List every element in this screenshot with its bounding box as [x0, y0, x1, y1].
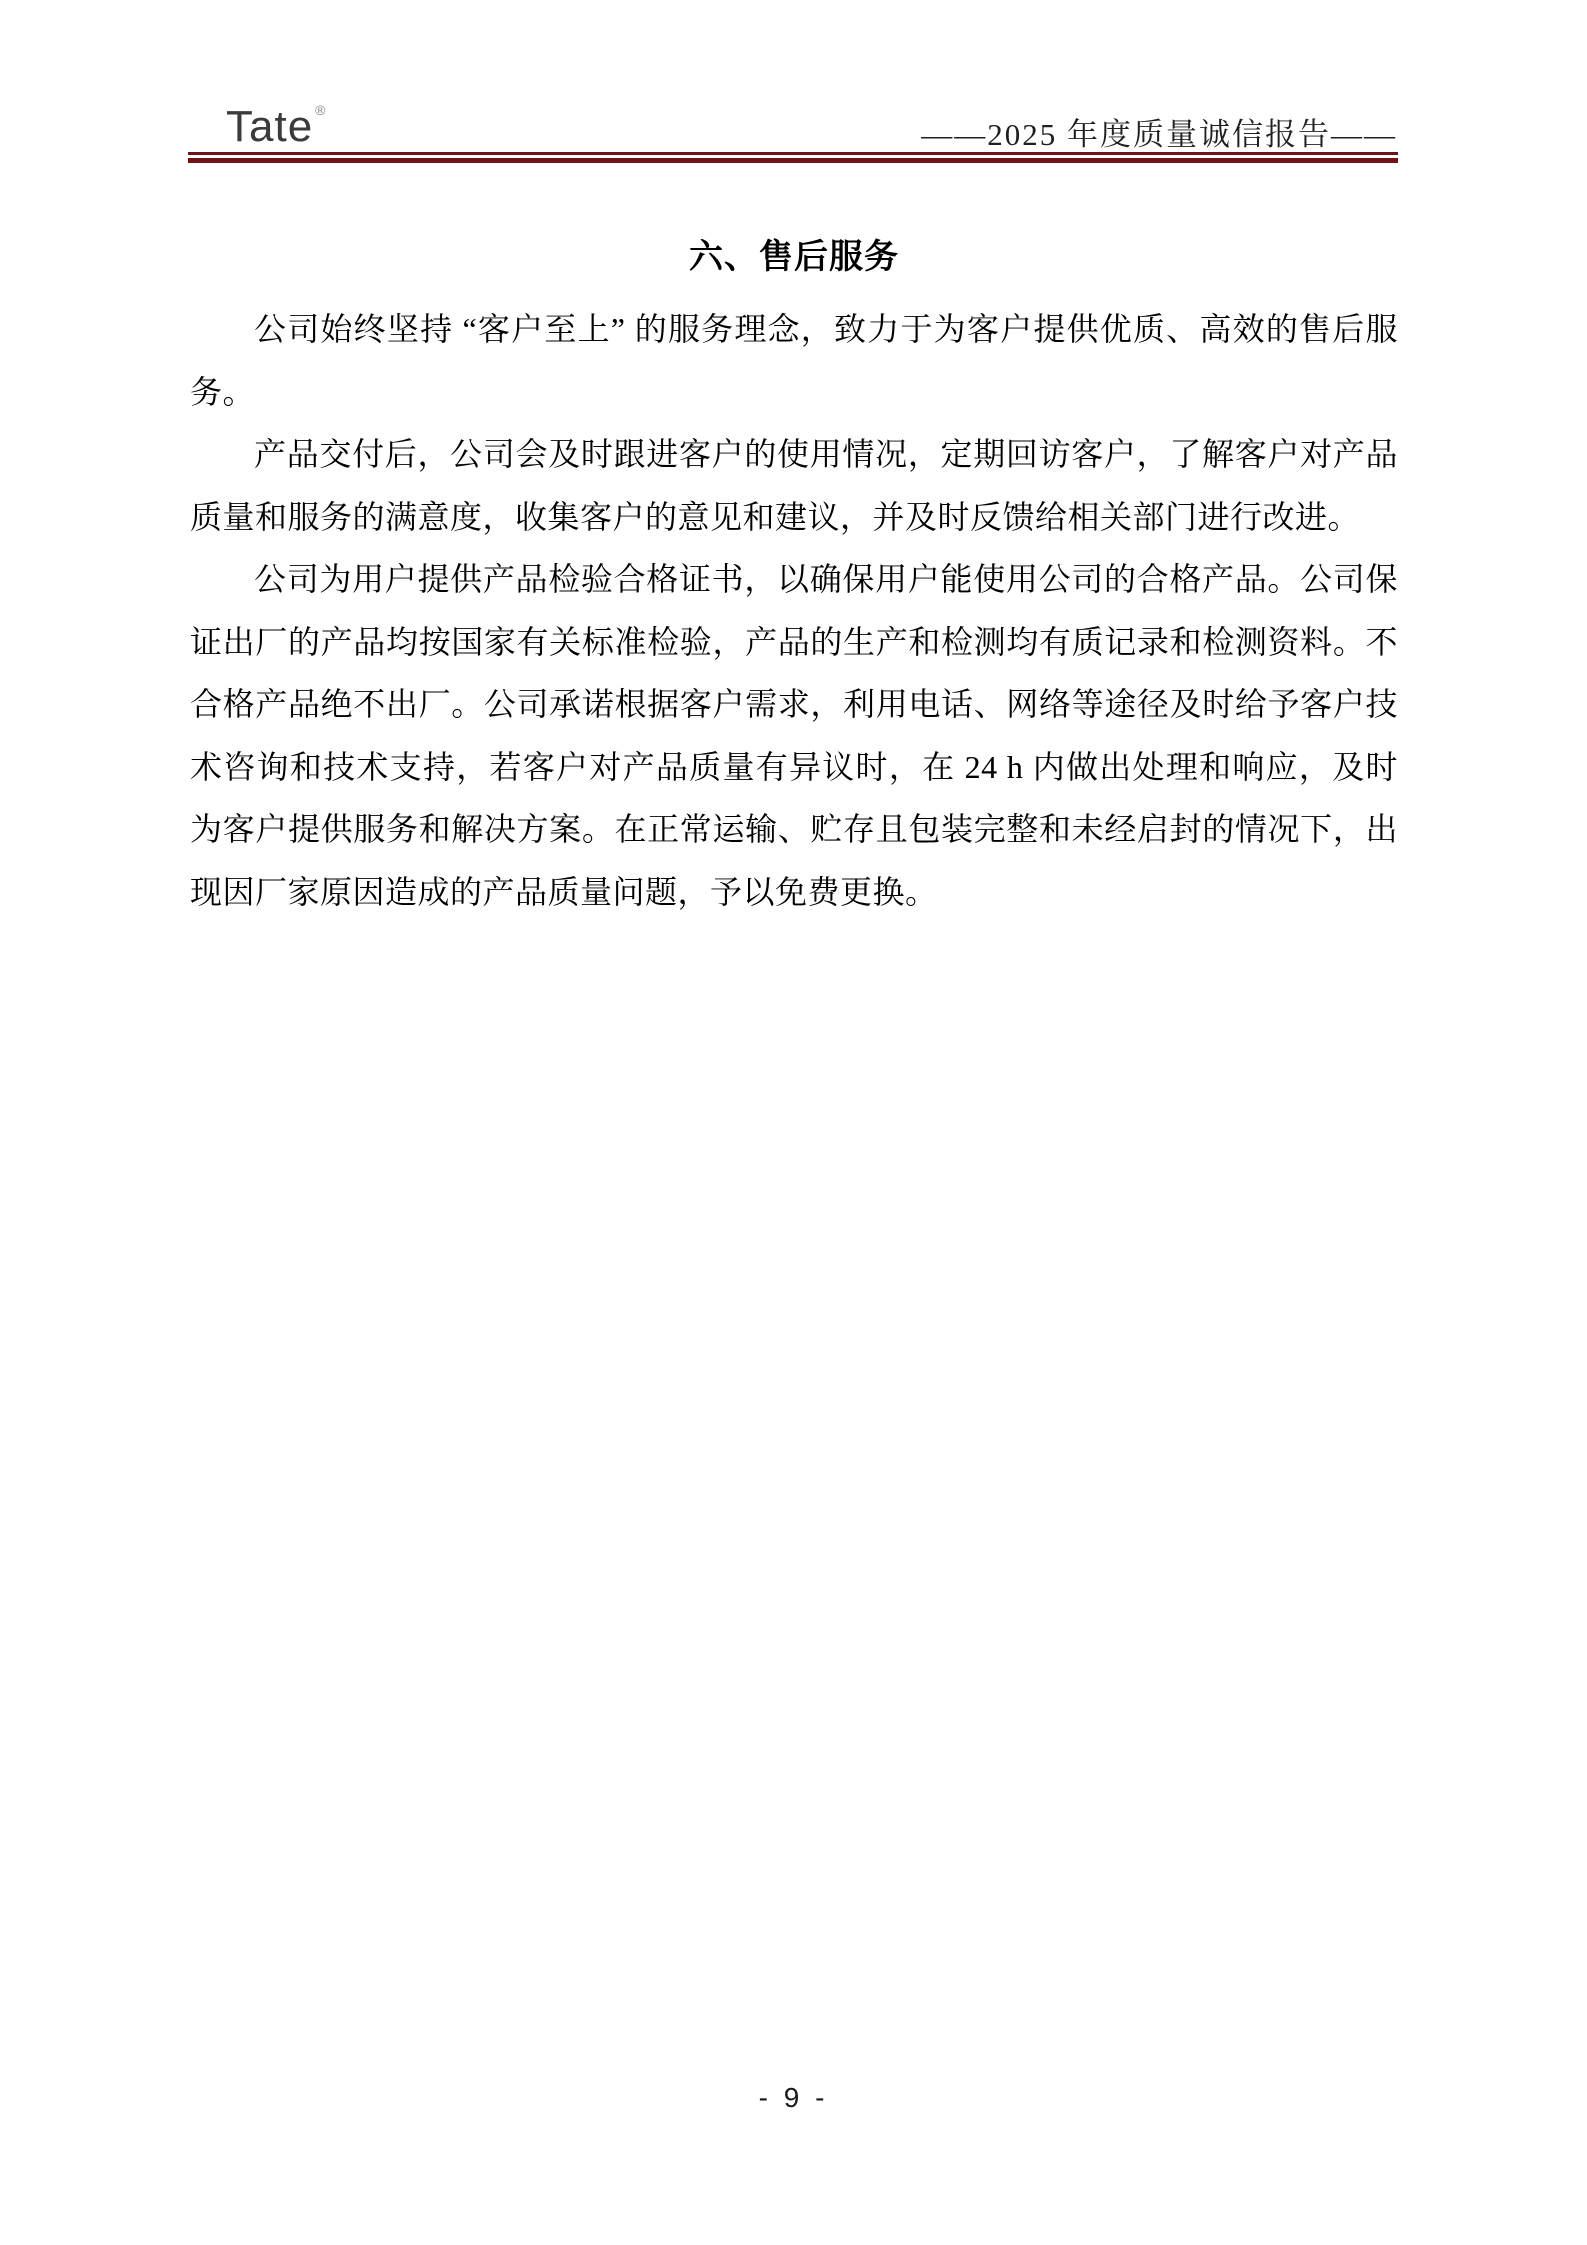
registered-trademark-icon: ®: [315, 102, 326, 118]
body-paragraph-2: 产品交付后，公司会及时跟进客户的使用情况，定期回访客户，了解客户对产品质量和服务…: [190, 423, 1398, 548]
body-paragraph-3: 公司为用户提供产品检验合格证书，以确保用户能使用公司的合格产品。公司保证出厂的产…: [190, 548, 1398, 923]
section-title: 六、售后服务: [190, 236, 1398, 280]
document-body: 六、售后服务 公司始终坚持 “客户至上” 的服务理念，致力于为客户提供优质、高效…: [190, 236, 1398, 923]
header-rule-thick: [188, 158, 1398, 163]
page-footer: - 9 -: [0, 2082, 1587, 2114]
body-paragraph-1: 公司始终坚持 “客户至上” 的服务理念，致力于为客户提供优质、高效的售后服务。: [190, 298, 1398, 423]
header-report-title: ——2025 年度质量诚信报告——: [921, 118, 1397, 152]
header-rule-thin: [188, 152, 1398, 155]
company-logo: Tate®: [226, 103, 327, 149]
page-number: - 9 -: [759, 2082, 829, 2113]
logo-text: Tate: [226, 102, 313, 151]
document-page: Tate® ——2025 年度质量诚信报告—— 六、售后服务 公司始终坚持 “客…: [0, 0, 1587, 2245]
